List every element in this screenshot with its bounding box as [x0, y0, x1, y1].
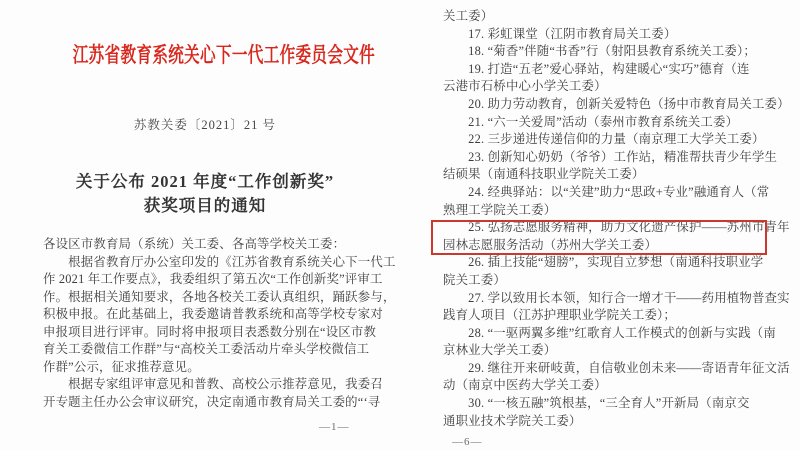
list-line: 20. 助力劳动教育，创新关爱特色（扬中市教育局关工委）: [443, 96, 775, 114]
red-letterhead-banner: 江苏省教育系统关心下一代工作委员会文件: [73, 39, 332, 69]
body-line: 作。根据相关通知要求，各地各校关工委认真组织，踊跃参与，: [43, 289, 381, 307]
list-line: 云港市石桥中心小学关工委）: [443, 78, 775, 96]
document-scan: 江苏省教育系统关心下一代工作委员会文件 苏教关委〔2021〕21 号 关于公布 …: [0, 0, 800, 450]
award-list: 关工委） 17. 彩虹课堂（江阴市教育局关工委） 18. “菊香”伴随“书香”行…: [443, 8, 775, 430]
body-line: 作 2021 年工作要点》，我委组织了第五次“工作创新奖”评审工: [43, 271, 381, 289]
list-line: 熟理工学院关工委）: [443, 202, 775, 220]
body-line: 育关工委微信工作群”与“高校关工委活动片牵头学校微信工: [43, 341, 381, 359]
list-line: 17. 彩虹课堂（江阴市教育局关工委）: [443, 26, 775, 44]
body-line: 开专题主任办公会审议研究，决定南通市教育局关工委的“‘寻: [43, 394, 381, 412]
document-title: 关于公布 2021 年度“工作创新奖” 获奖项目的通知: [30, 170, 380, 218]
list-line: 19. 打造“五老”爱心驿站，构建暖心“实巧”德育（连: [443, 61, 775, 79]
list-line: 18. “菊香”伴随“书香”行（射阳县教育系统关工委）；: [443, 43, 775, 61]
body-line: 根据省教育厅办公室印发的《江苏省教育系统关心下一代工: [43, 254, 381, 272]
list-line: 践育人项目（江苏护理职业学院关工委）；: [443, 307, 775, 325]
body-line: 各设区市教育局（系统）关工委、各高等学校关工委：: [43, 236, 381, 254]
page-6: 关工委） 17. 彩虹课堂（江阴市教育局关工委） 18. “菊香”伴随“书香”行…: [443, 0, 783, 450]
document-number: 苏教关委〔2021〕21 号: [30, 115, 380, 133]
list-line: 22. 三步递进传递信仰的力量（南京理工大学关工委）: [443, 131, 775, 149]
list-line: 院关工委）: [443, 272, 775, 290]
list-line: 28. “一驱两翼多维”红歌育人工作模式的创新与实践（南: [443, 325, 775, 343]
list-line-highlighted: 园林志愿服务活动（苏州大学关工委）: [443, 237, 775, 255]
body-text: 各设区市教育局（系统）关工委、各高等学校关工委： 根据省教育厅办公室印发的《江苏…: [43, 236, 381, 411]
body-line: 申报项目进行评审。同时将申报项目表悉数分别在“设区市教: [43, 324, 381, 342]
page-1: 江苏省教育系统关心下一代工作委员会文件 苏教关委〔2021〕21 号 关于公布 …: [30, 0, 380, 450]
list-line: 动（南京中医药大学关工委）: [443, 377, 775, 395]
body-line: 积极申报。在此基础上，我委邀请普教系统和高等学校专家对: [43, 306, 381, 324]
list-line: 26. 插上技能“翅膀”，实现自立梦想（南通科技职业学: [443, 254, 775, 272]
list-line: 30. “一核五融”筑根基，“三全育人”开新局（南京交: [443, 395, 775, 413]
body-line: 作群”公示，征求推荐意见。: [43, 359, 381, 377]
page-number-right: —6—: [452, 436, 483, 448]
body-line: 根据专家组评审意见和普教、高校公示推荐意见，我委召: [43, 376, 381, 394]
list-line: 29. 继往开来研岐黄，自信敬业创未来——寄语青年征文活: [443, 360, 775, 378]
list-line: 21. “六一关爱周”活动（泰州市教育系统关工委）: [443, 114, 775, 132]
list-line: 京林业大学关工委）: [443, 342, 775, 360]
list-line-highlighted: 25. 弘扬志愿服务精神，助力文化遗产保护——苏州市青年: [443, 219, 775, 237]
list-line: 23. 创新知心奶奶（爷爷）工作站，精准帮扶青少年学生: [443, 149, 775, 167]
list-line: 关工委）: [443, 8, 775, 26]
list-line: 结硕果（南通科技职业学院关工委）: [443, 166, 775, 184]
list-line: 通职业技术学院关工委）: [443, 413, 775, 431]
list-line: 24. 经典驿站：以“关建”助力“思政+专业”融通育人（常: [443, 184, 775, 202]
page-number-left: —1—: [319, 421, 350, 433]
document-title-line-2: 获奖项目的通知: [30, 194, 380, 218]
document-title-line-1: 关于公布 2021 年度“工作创新奖”: [30, 170, 380, 194]
list-line: 27. 学以致用长本领，知行合一增才干——药用植物普查实: [443, 290, 775, 308]
